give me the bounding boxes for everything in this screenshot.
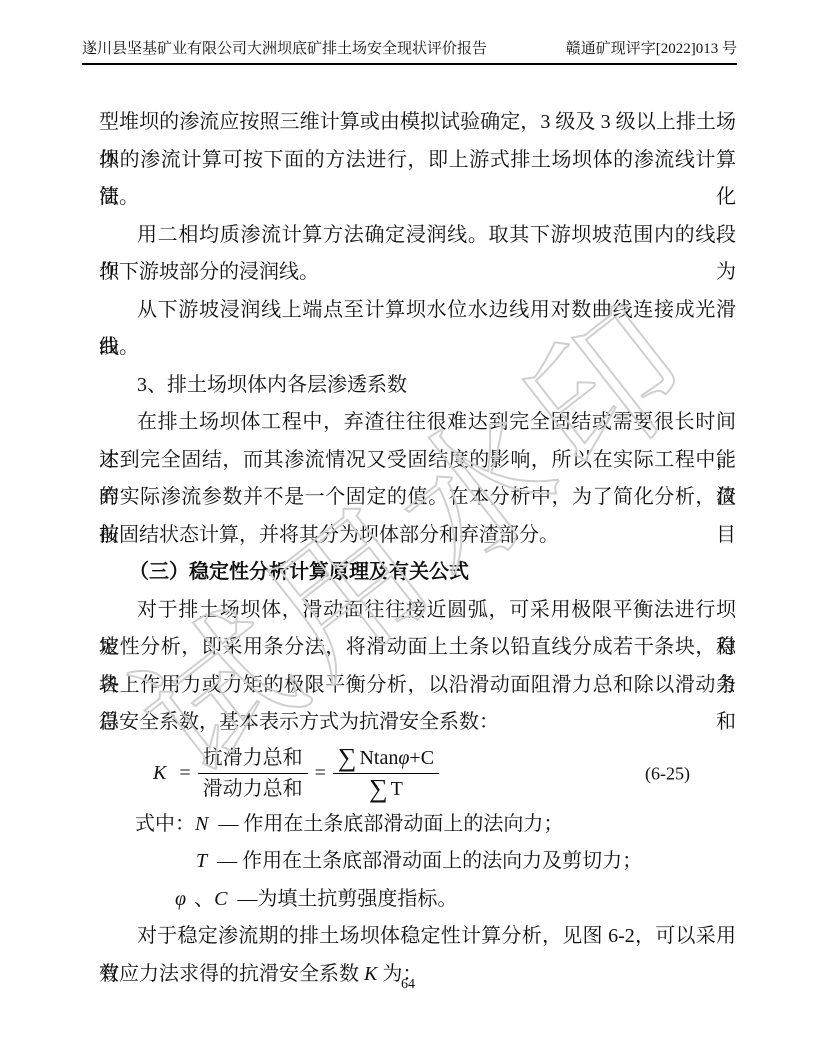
paragraph4-line1: 在排土场坝体工程中，弃渣往往很难达到完全固结或需要很长时间才能 — [99, 404, 736, 442]
variable-c: C — [214, 888, 227, 910]
paragraph3-line1: 从下游坡浸润线上端点至计算坝水位水边线用对数曲线连接成光滑曲 — [99, 292, 736, 330]
paragraph5-line1: 对于排土场坝体，滑动面往往接近圆弧，可采用极限平衡法进行坝坡稳 — [99, 592, 736, 630]
fraction-resisting-over-sliding: 抗滑力总和 滑动力总和 — [198, 745, 308, 802]
paragraph5-line3: 块上作用力或力矩的极限平衡分析，以沿滑动面阻滑力总和除以滑动力总和 — [99, 667, 736, 705]
paragraph2-line1: 用二相均质渗流计算方法确定浸润线。取其下游坝坡范围内的线段作为 — [99, 217, 736, 255]
equation-number: (6-25) — [645, 763, 690, 784]
sigma-symbol: ∑ — [338, 745, 357, 771]
header-report-title: 遂川县坚基矿业有限公司大洲坝底矿排土场安全现状评价报告 — [82, 40, 487, 59]
paragraph1-line2: 体的渗流计算可按下面的方法进行，即上游式排土场坝体的渗流线计算简化 — [99, 142, 736, 180]
where-clause-phi-c: φ、C—为填土抗剪强度指标。 — [99, 881, 736, 919]
header-doc-number: 赣通矿现评字[2022]013 号 — [566, 40, 737, 59]
equals-sign: = — [315, 762, 326, 785]
variable-phi: φ — [175, 888, 186, 910]
paragraph4-line2: 达到完全固结，而其渗流情况又受固结度的影响，所以在实际工程中，弃渣 — [99, 442, 736, 480]
heading-permeability-coefficients: 3、排土场坝体内各层渗透系数 — [99, 367, 736, 405]
paragraph5-line2: 定性分析，即采用条分法，将滑动面上土条以铅直线分成若干条块，对各条 — [99, 629, 736, 667]
phi-symbol: φ — [398, 745, 409, 771]
page-header: 遂川县坚基矿业有限公司大洲坝底矿排土场安全现状评价报告 赣通矿现评字[2022]… — [82, 40, 737, 65]
paragraph3-line2: 线。 — [99, 329, 736, 367]
fraction-numerator: 抗滑力总和 — [198, 745, 308, 774]
fraction-denominator: ∑ T — [333, 774, 439, 802]
document-body: 型堆坝的渗流应按照三维计算或由模拟试验确定，3 级及 3 级以上排土场坝 体的渗… — [99, 104, 736, 993]
page-footer: 64 — [0, 975, 816, 995]
numerator-term: +C — [409, 745, 434, 771]
denominator-term: T — [391, 776, 403, 802]
page-number: 64 — [401, 977, 415, 992]
formula-variable-k: K — [153, 762, 166, 785]
variable-t: T — [196, 850, 207, 872]
paragraph6-line1: 对于稳定渗流期的排土场坝体稳定性计算分析，见图 6-2，可以采用有 — [99, 918, 736, 956]
fraction-sigma-expression: ∑ Ntan φ +C ∑ T — [333, 745, 439, 802]
separator: 、 — [194, 888, 214, 910]
numerator-term: Ntan — [359, 745, 398, 771]
sigma-symbol: ∑ — [369, 776, 388, 802]
fraction-denominator: 滑动力总和 — [198, 774, 308, 802]
where-prefix: 式中： — [135, 813, 195, 835]
fraction-numerator: ∑ Ntan φ +C — [333, 745, 439, 774]
heading-stability-analysis-formulas: （三）稳定性分析计算原理及有关公式 — [99, 554, 736, 592]
where-clause-n: 式中：N— 作用在土条底部滑动面上的法向力； — [99, 806, 736, 844]
formula-6-25: K = 抗滑力总和 滑动力总和 = ∑ Ntan φ +C ∑ T (6-25) — [99, 742, 736, 806]
where-clause-t: T— 作用在土条底部滑动面上的法向力及剪切力； — [99, 843, 736, 881]
variables-phi-c-description: —为填土抗剪强度指标。 — [237, 888, 457, 910]
variable-n: N — [195, 813, 208, 835]
equals-sign: = — [179, 762, 190, 785]
variable-t-description: — 作用在土条底部滑动面上的法向力及剪切力； — [217, 850, 642, 872]
document-page: 试用水印 遂川县坚基矿业有限公司大洲坝底矿排土场安全现状评价报告 赣通矿现评字[… — [0, 0, 816, 1056]
paragraph1-line1: 型堆坝的渗流应按照三维计算或由模拟试验确定，3 级及 3 级以上排土场坝 — [99, 104, 736, 142]
variable-n-description: — 作用在土条底部滑动面上的法向力； — [218, 813, 563, 835]
paragraph4-line3: 的实际渗流参数并不是一个固定的值。在本分析中，为了简化分析，仅按目 — [99, 479, 736, 517]
